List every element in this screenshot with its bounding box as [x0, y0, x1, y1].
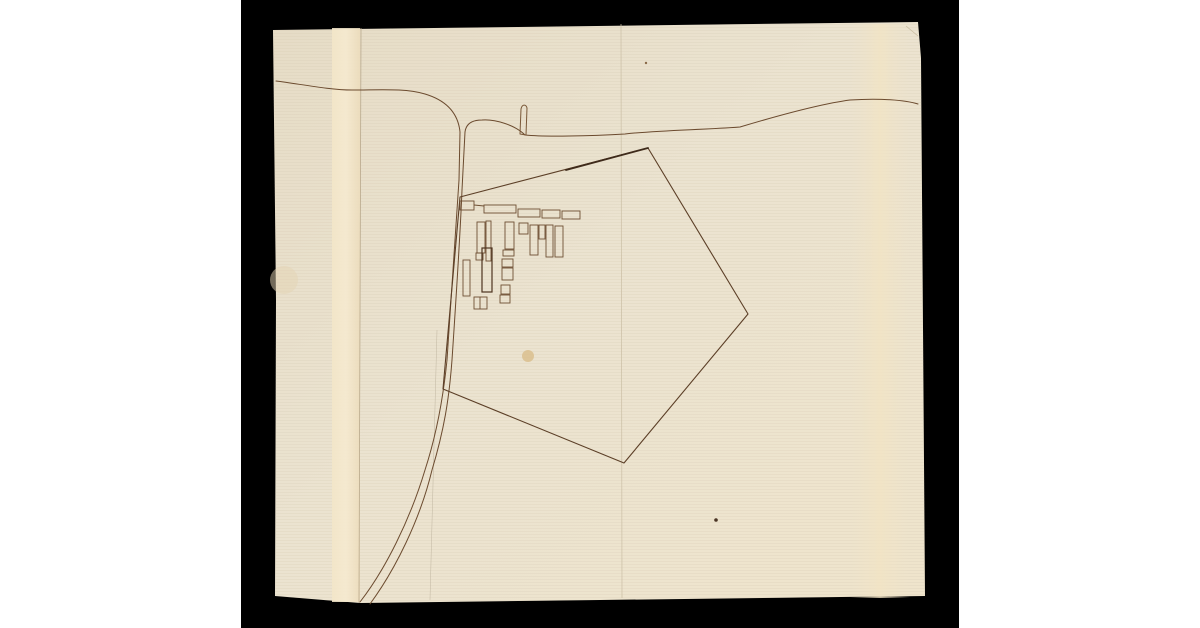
fold-strip-left	[332, 28, 360, 602]
fold-strip-right	[850, 24, 910, 598]
map-viewer	[0, 0, 1200, 628]
paper-texture	[273, 22, 925, 603]
stain	[270, 266, 298, 294]
stain	[522, 350, 534, 362]
ink-dot	[645, 62, 647, 64]
paper-sheet	[270, 22, 925, 603]
manuscript-map	[0, 0, 1200, 628]
ink-dot	[714, 518, 718, 522]
